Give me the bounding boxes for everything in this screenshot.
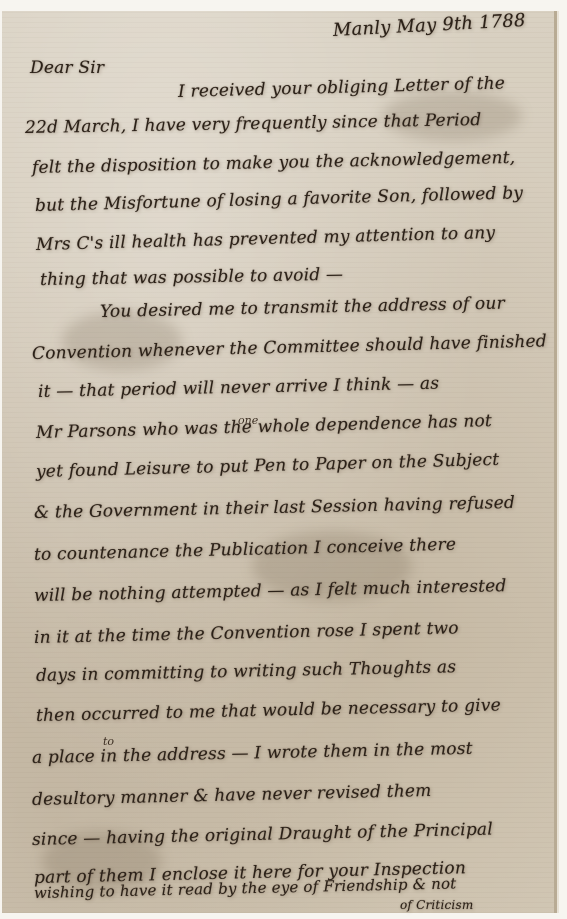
document-viewer: Manly May 9th 1788 Dear Sir I received y… <box>0 0 567 919</box>
interlinear-insertion: to <box>103 735 114 748</box>
salutation: Dear Sir <box>30 58 104 78</box>
interlinear-insertion: one <box>238 414 258 427</box>
text-line: of Criticism <box>400 898 473 912</box>
